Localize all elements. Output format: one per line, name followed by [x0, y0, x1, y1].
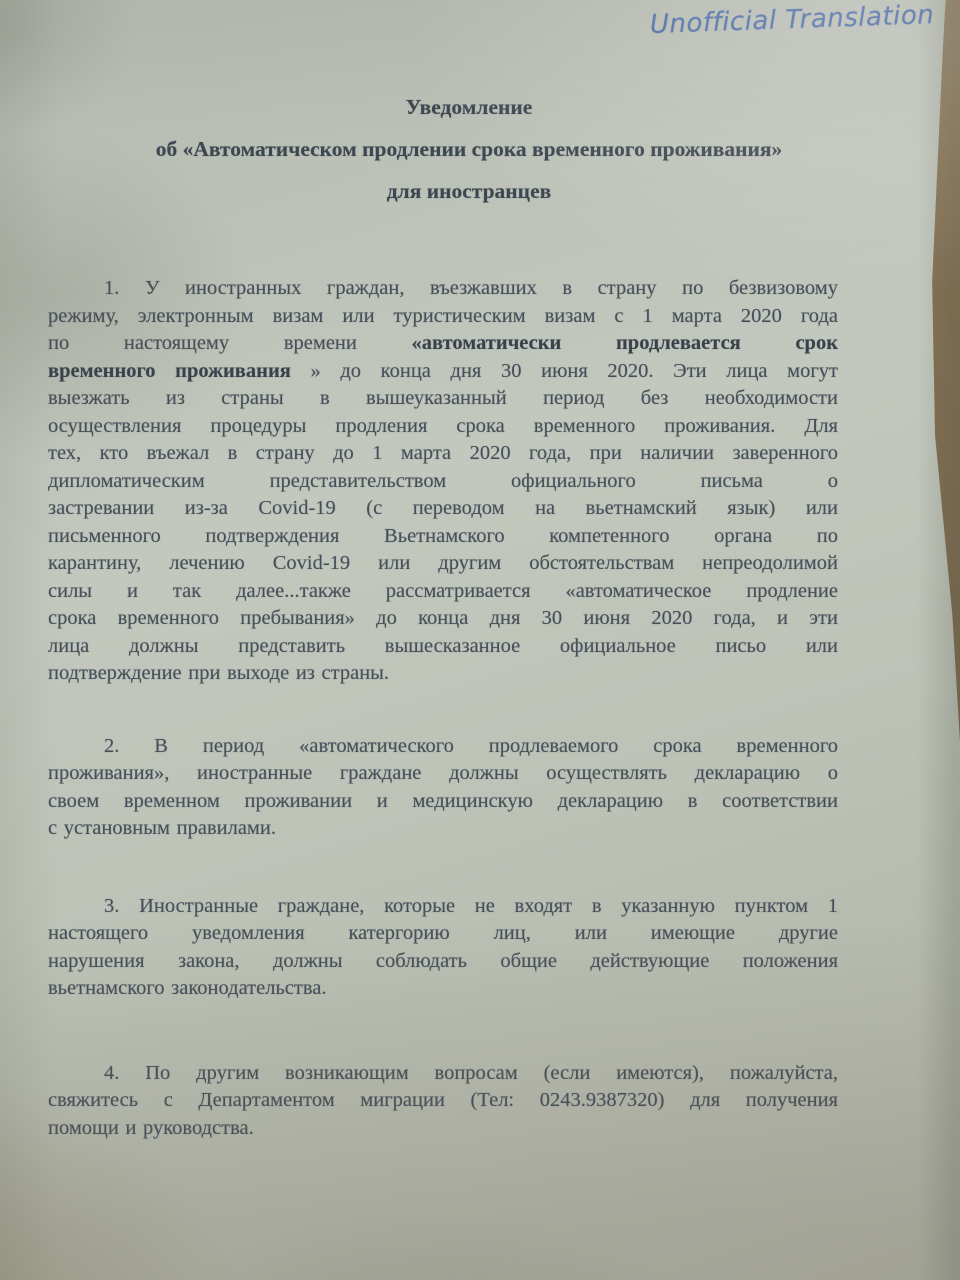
text-line: письменного подтверждения Вьетнамского к…: [48, 523, 838, 551]
text-line: своем временном проживании и медицинскую…: [48, 788, 838, 816]
text-line: подтверждение при выходе из страны.: [48, 660, 838, 688]
text-line: силы и так далее...также рассматривается…: [48, 578, 838, 606]
text-line: 4. По другим возникающим вопросам (если …: [48, 1060, 838, 1088]
document-body: 1. У иностранных граждан, въезжавших в с…: [48, 275, 838, 1142]
text-line: 3. Иностранные граждане, которые не вход…: [48, 893, 838, 921]
text-line: проживания», иностранные граждане должны…: [48, 760, 838, 788]
paragraph: 4. По другим возникающим вопросам (если …: [48, 1060, 838, 1143]
text-line: с установным правилами.: [48, 815, 838, 843]
text-line: срока временного пребывания» до конца дн…: [48, 605, 838, 633]
handwritten-note: Unofficial Translation: [649, 0, 934, 40]
text-line: лица должны представить вышесказанное оф…: [48, 633, 838, 661]
text-line: карантину, лечению Covid-19 или другим о…: [48, 550, 838, 578]
text-line: 1. У иностранных граждан, въезжавших в с…: [48, 275, 838, 303]
text-line: режиму, электронным визам или туристичес…: [48, 303, 838, 331]
title-line-2: об «Автоматическом продлении срока време…: [100, 128, 838, 170]
text-line: нарушения закона, должны соблюдать общие…: [48, 948, 838, 976]
document-content: Уведомление об «Автоматическом продлении…: [48, 86, 838, 1142]
text-line: помощи и руководства.: [48, 1115, 838, 1143]
text-line: застревании из-за Covid-19 (с переводом …: [48, 495, 838, 523]
paragraph: 3. Иностранные граждане, которые не вход…: [48, 893, 838, 1003]
text-line: вьетнамского законодательства.: [48, 975, 838, 1003]
document-title: Уведомление об «Автоматическом продлении…: [48, 86, 838, 212]
text-line: тех, кто въежал в страну до 1 марта 2020…: [48, 440, 838, 468]
photo-scene: Unofficial Translation Уведомление об «А…: [0, 0, 960, 1280]
text-line: 2. В период «автоматического продлеваемо…: [48, 733, 838, 761]
text-line: свяжитесь с Департаментом миграции (Тел:…: [48, 1087, 838, 1115]
text-line: временного проживания » до конца дня 30 …: [48, 358, 838, 386]
text-line: дипломатическим представительством офици…: [48, 468, 838, 496]
text-line: по настоящему времени «автоматически про…: [48, 330, 838, 358]
title-line-1: Уведомление: [100, 86, 838, 128]
text-line: выезжать из страны в вышеуказанный перио…: [48, 385, 838, 413]
document-page: Unofficial Translation Уведомление об «А…: [0, 0, 960, 1280]
text-line: настоящего уведомления катергорию лиц, и…: [48, 920, 838, 948]
text-line: осуществления процедуры продления срока …: [48, 413, 838, 441]
paragraph: 1. У иностранных граждан, въезжавших в с…: [48, 275, 838, 688]
paragraph: 2. В период «автоматического продлеваемо…: [48, 733, 838, 843]
title-line-3: для иностранцев: [100, 170, 838, 212]
